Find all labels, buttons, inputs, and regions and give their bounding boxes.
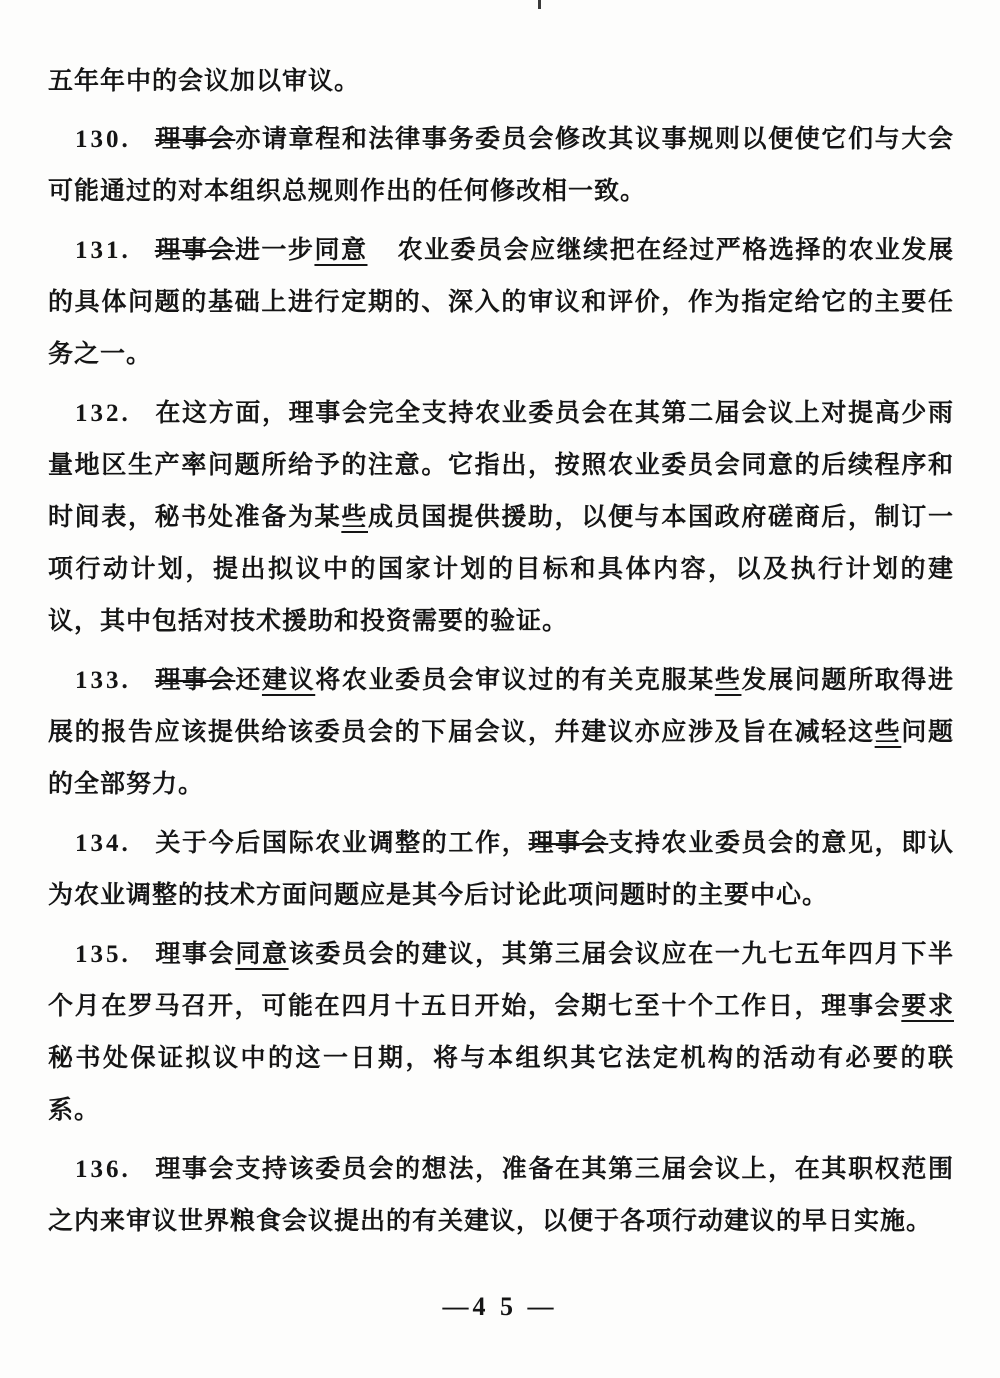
scanned-document-page: 五年年中的会议加以审议。 130.理事会亦请章程和法律事务委员会修改其议事规则以… — [0, 0, 1000, 1378]
paragraph-number: 134. — [75, 818, 131, 870]
paragraph-131: 131.理事会进一步同意农业委员会应继续把在经过严格选择的农业发展的具体问题的基… — [48, 225, 954, 381]
text-segment: 关于今后国际农业调整的工作， — [155, 830, 529, 857]
text-segment: 将农业委员会审议过的有关克服某 — [315, 667, 715, 694]
paragraph-number: 130. — [75, 114, 131, 166]
text-segment: 秘书处保证拟议中的这一日期，将与本组织其它法定机构的活动有必要的联系。 — [48, 1045, 954, 1124]
paragraph-135: 135.理事会同意该委员会的建议，其第三届会议应在一九七五年四月下半个月在罗马召… — [48, 929, 954, 1137]
council-text: 理事会 — [155, 667, 236, 694]
underlined-text: 要求 — [901, 993, 954, 1020]
paragraph-130: 130.理事会亦请章程和法律事务委员会修改其议事规则以便使它们与大会可能通过的对… — [48, 114, 954, 218]
scan-artifact — [538, 0, 541, 9]
paragraph-number: 133. — [75, 655, 131, 707]
document-body: 五年年中的会议加以审议。 130.理事会亦请章程和法律事务委员会修改其议事规则以… — [48, 56, 954, 1255]
continuation-line: 五年年中的会议加以审议。 — [48, 56, 954, 108]
council-text: 理事会 — [528, 830, 608, 857]
council-text: 理事会 — [155, 237, 235, 264]
underlined-text: 同意 — [235, 941, 288, 968]
text-segment: 还 — [235, 667, 262, 694]
paragraph-number: 136. — [75, 1144, 131, 1196]
text-segment: 理事会支持该委员会的想法，准备在其第三届会议上，在其职权范围之内来审议世界粮食会… — [48, 1156, 954, 1235]
page-number: —4 5 — — [0, 1292, 1000, 1322]
paragraph-134: 134.关于今后国际农业调整的工作，理事会支持农业委员会的意见，即认为农业调整的… — [48, 818, 954, 922]
paragraph-number: 135. — [75, 929, 131, 981]
text-segment: 进一步 — [235, 237, 315, 264]
council-text: 理事会 — [155, 941, 236, 968]
underlined-text: 同意 — [314, 237, 367, 264]
paragraph-132: 132.在这方面，理事会完全支持农业委员会在其第二届会议上对提高少雨量地区生产率… — [48, 388, 954, 648]
paragraph-133: 133.理事会还建议将农业委员会审议过的有关克服某些发展问题所取得进展的报告应该… — [48, 655, 954, 811]
underlined-text: 建议 — [262, 667, 315, 694]
council-text: 理事会 — [155, 126, 236, 153]
underlined-text: 些 — [341, 504, 368, 531]
paragraph-136: 136.理事会支持该委员会的想法，准备在其第三届会议上，在其职权范围之内来审议世… — [48, 1144, 954, 1248]
underlined-text: 些 — [875, 719, 902, 746]
paragraph-number: 131. — [75, 225, 131, 277]
underlined-text: 些 — [715, 667, 742, 694]
text-segment: 五年年中的会议加以审议。 — [48, 68, 360, 95]
paragraph-number: 132. — [75, 388, 131, 440]
